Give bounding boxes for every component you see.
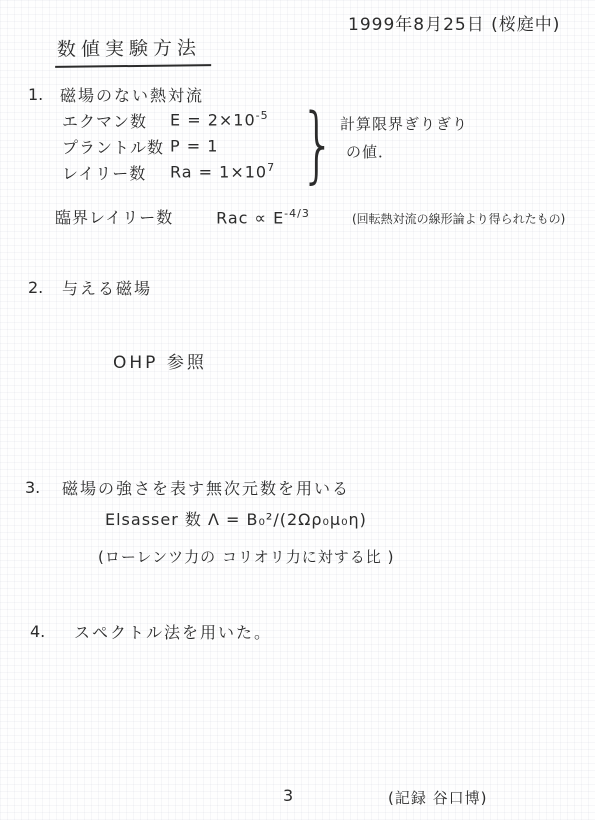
- brace-note-line2: の値．: [346, 141, 394, 162]
- elsasser-formula: Λ = B₀²/(2Ωρ₀μ₀η): [208, 510, 367, 529]
- section4-number: 4.: [30, 622, 45, 641]
- parameter-formula: E = 2×10-5: [170, 109, 269, 132]
- parameter-label: エクマン数: [62, 109, 170, 132]
- critical-rayleigh-line: 臨界レイリー数 Rac ∝ E-4/3: [55, 205, 341, 228]
- page-title: 数値実験方法: [55, 33, 211, 68]
- section3-number: 3.: [25, 478, 40, 497]
- section1-number: 1.: [28, 85, 43, 104]
- critical-rayleigh-formula: Rac ∝ E-4/3: [216, 207, 341, 227]
- section4-heading: スペクトル法を用いた。: [74, 620, 272, 643]
- critical-rayleigh-note: (回転熱対流の線形論より得られたもの): [352, 210, 565, 227]
- parameter-label: プラントル数: [62, 135, 170, 158]
- section3-heading: 磁場の強さを表す無次元数を用いる: [62, 476, 350, 499]
- elsasser-note: (ローレンツ力の コリオリ力に対する比 ): [98, 546, 394, 567]
- section2-body: OHP 参照: [113, 348, 207, 373]
- section1-heading: 磁場のない熱対流: [60, 83, 204, 106]
- page-number: 3: [283, 786, 293, 805]
- parameter-formula: P = 1: [170, 135, 218, 158]
- section2-number: 2.: [28, 278, 43, 297]
- handwritten-note-page: 1999年8月25日 (桜庭中) 数値実験方法 1. 磁場のない熱対流 エクマン…: [0, 0, 595, 820]
- elsasser-formula-line: Elsasser 数 Λ = B₀²/(2Ωρ₀μ₀η): [105, 507, 367, 530]
- grouping-brace: }: [300, 96, 336, 192]
- recorder-note: (記録 谷口博): [388, 787, 487, 808]
- elsasser-label: Elsasser 数: [105, 510, 202, 529]
- brace-note-line1: 計算限界ぎりぎり: [340, 113, 468, 134]
- critical-rayleigh-label: 臨界レイリー数: [55, 205, 210, 228]
- section2-heading: 与える磁場: [62, 276, 152, 299]
- parameter-label: レイリー数: [62, 161, 170, 184]
- parameter-line-prandtl: プラントル数 P = 1: [62, 135, 218, 158]
- parameter-formula: Ra = 1×107: [170, 161, 275, 184]
- parameter-line-rayleigh: レイリー数 Ra = 1×107: [62, 161, 275, 184]
- date-heading: 1999年8月25日 (桜庭中): [348, 10, 560, 35]
- parameter-line-ekman: エクマン数 E = 2×10-5: [62, 109, 269, 132]
